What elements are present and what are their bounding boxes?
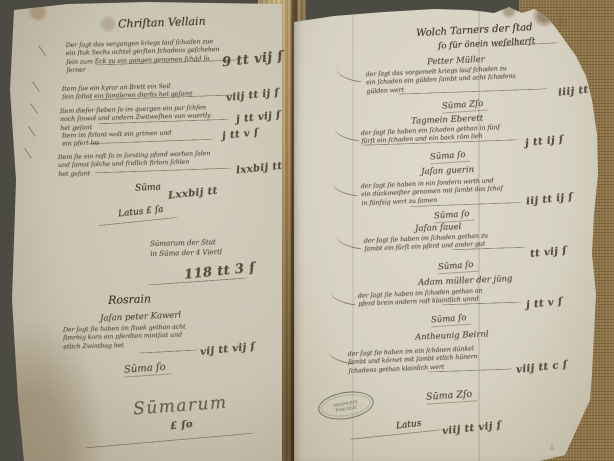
manuscript-photo: Chriſtan Vellain Der ſagt das vergangen … xyxy=(0,0,614,461)
entry-name: Jaſan fauel xyxy=(415,222,462,234)
summa-label: Sūma xyxy=(135,182,161,193)
entry-line: in Sūma der 4 Viertl xyxy=(150,247,222,258)
entry-text: Item im firlant wolt ein grimen und ein … xyxy=(62,130,172,150)
entry-text: Der ſagt ſie haben im ſtuek gethan acht … xyxy=(63,323,186,351)
page-number: 3 xyxy=(557,18,563,28)
entry-text: Item dieſer ſieben ſo im quergen ein par… xyxy=(60,104,211,133)
summarum-stat: Sūmarum der Stat in Sūma der 4 Viertl xyxy=(150,237,222,258)
entry-text: Der ſagt das vergangen kriegs lauf ſchad… xyxy=(66,38,220,76)
entry-text: Item ſue ein kyrar an Brett ein Seil ſei… xyxy=(62,82,193,102)
entry-text: Item ſie ein roſt ſo in ſorsting pfand w… xyxy=(58,150,211,179)
section-heading: Rosrain xyxy=(108,292,151,306)
